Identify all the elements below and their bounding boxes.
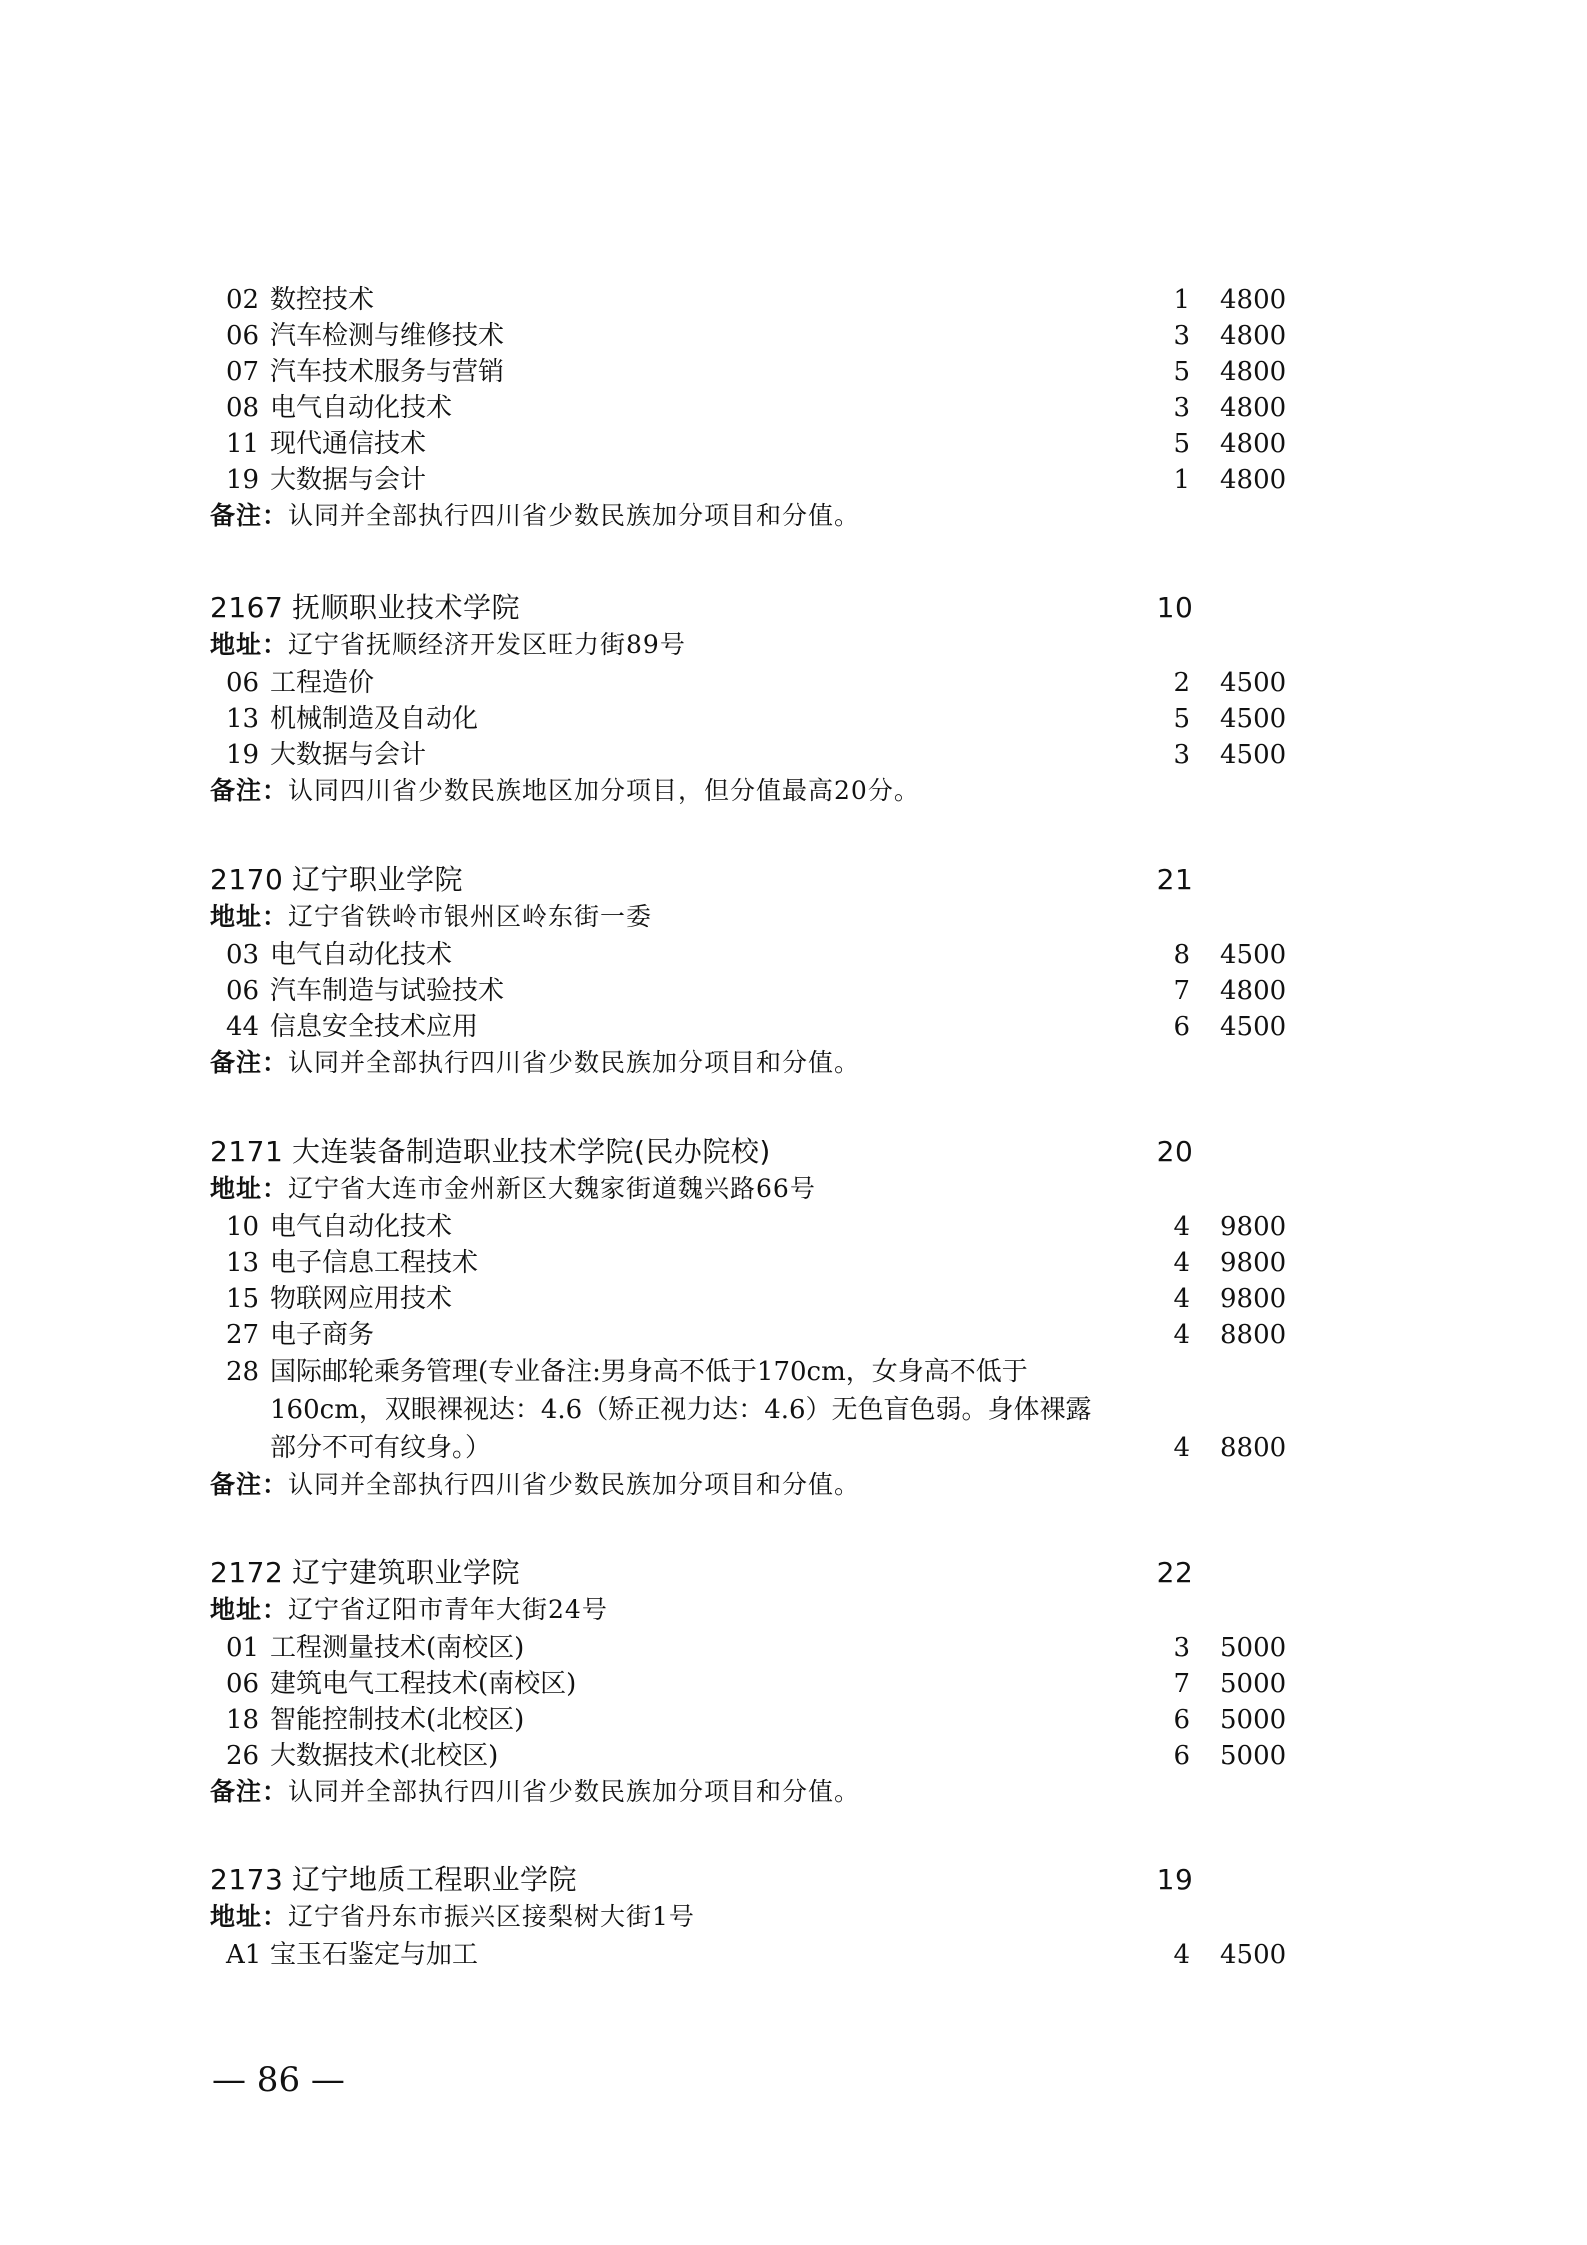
school-quota: 20 (1150, 1132, 1200, 1172)
school-address: 地址：辽宁省铁岭市银州区岭东街一委 (210, 899, 652, 935)
note-label: 备注： (210, 1470, 288, 1499)
school-name: 辽宁建筑职业学院 (292, 1553, 520, 1593)
school-note: 备注：认同四川省少数民族地区加分项目，但分值最高20分。 (210, 773, 920, 809)
major-code: 06 (226, 973, 259, 1009)
address-text: 辽宁省辽阳市青年大街24号 (288, 1595, 608, 1624)
school-name: 大连装备制造职业技术学院(民办院校) (292, 1132, 771, 1172)
major-count: 3 (1150, 390, 1190, 426)
major-fee: 4800 (1220, 973, 1282, 1009)
school-address: 地址：辽宁省抚顺经济开发区旺力街89号 (210, 627, 686, 663)
major-name: 建筑电气工程技术(南校区) (270, 1666, 576, 1702)
major-name: 智能控制技术(北校区) (270, 1702, 524, 1738)
school-code: 2172 (210, 1553, 283, 1593)
major-name: 现代通信技术 (270, 426, 426, 462)
major-fee: 5000 (1220, 1630, 1282, 1666)
major-code: 28 (226, 1353, 259, 1391)
school-name: 辽宁地质工程职业学院 (292, 1860, 577, 1900)
major-code: 03 (226, 937, 259, 973)
major-count: 3 (1150, 1630, 1190, 1666)
major-count: 5 (1150, 426, 1190, 462)
note-text: 认同并全部执行四川省少数民族加分项目和分值。 (288, 1470, 860, 1499)
major-name: 数控技术 (270, 282, 374, 318)
major-count: 4 (1150, 1937, 1190, 1973)
school-quota: 22 (1150, 1553, 1200, 1593)
major-row: 10 电气自动化技术 4 9800 (0, 1209, 1587, 1245)
note-label: 备注： (210, 1048, 288, 1077)
major-row: 15 物联网应用技术 4 9800 (0, 1281, 1587, 1317)
major-name: 电子信息工程技术 (270, 1245, 478, 1281)
major-count: 5 (1150, 701, 1190, 737)
major-code: 06 (226, 1666, 259, 1702)
major-fee: 4800 (1220, 282, 1282, 318)
major-fee: 5000 (1220, 1666, 1282, 1702)
major-code: 10 (226, 1209, 259, 1245)
major-count: 5 (1150, 354, 1190, 390)
major-code: 06 (226, 665, 259, 701)
major-name: 电气自动化技术 (270, 937, 452, 973)
major-row: 27 电子商务 4 8800 (0, 1317, 1587, 1353)
major-code: 02 (226, 282, 259, 318)
major-code: 15 (226, 1281, 259, 1317)
major-fee: 4500 (1220, 665, 1282, 701)
school-quota: 19 (1150, 1860, 1200, 1900)
major-name: 工程造价 (270, 665, 374, 701)
major-fee: 4800 (1220, 390, 1282, 426)
major-fee: 4500 (1220, 1009, 1282, 1045)
major-code: 44 (226, 1009, 259, 1045)
school-address: 地址：辽宁省大连市金州新区大魏家街道魏兴路66号 (210, 1171, 816, 1207)
major-count: 7 (1150, 973, 1190, 1009)
major-code: 18 (226, 1702, 259, 1738)
school-quota: 10 (1150, 588, 1200, 628)
major-fee: 4500 (1220, 1937, 1282, 1973)
major-fee: 4500 (1220, 701, 1282, 737)
address-label: 地址： (210, 630, 288, 659)
major-count: 6 (1150, 1738, 1190, 1774)
major-count: 3 (1150, 737, 1190, 773)
major-count: 4 (1150, 1245, 1190, 1281)
major-row: 03 电气自动化技术 8 4500 (0, 937, 1587, 973)
school-heading: 2172 辽宁建筑职业学院 22 (0, 1553, 1587, 1593)
major-name: 电气自动化技术 (270, 390, 452, 426)
address-text: 辽宁省大连市金州新区大魏家街道魏兴路66号 (288, 1174, 816, 1203)
major-row: 11 现代通信技术 5 4800 (0, 426, 1587, 462)
school-code: 2167 (210, 588, 283, 628)
major-fee: 9800 (1220, 1209, 1282, 1245)
major-name: 电子商务 (270, 1317, 374, 1353)
major-row: 18 智能控制技术(北校区) 6 5000 (0, 1702, 1587, 1738)
page-number: — 86 — (212, 2060, 345, 2100)
school-code: 2170 (210, 860, 283, 900)
major-fee: 4800 (1220, 354, 1282, 390)
major-code: 13 (226, 1245, 259, 1281)
note-label: 备注： (210, 501, 288, 530)
school-note: 备注：认同并全部执行四川省少数民族加分项目和分值。 (210, 1774, 860, 1810)
major-name: 电气自动化技术 (270, 1209, 452, 1245)
major-count: 1 (1150, 462, 1190, 498)
school-address: 地址：辽宁省辽阳市青年大街24号 (210, 1592, 608, 1628)
note-text: 认同并全部执行四川省少数民族加分项目和分值。 (288, 1777, 860, 1806)
major-row: 01 工程测量技术(南校区) 3 5000 (0, 1630, 1587, 1666)
note-text: 认同并全部执行四川省少数民族加分项目和分值。 (288, 1048, 860, 1077)
major-fee: 5000 (1220, 1738, 1282, 1774)
major-row: 08 电气自动化技术 3 4800 (0, 390, 1587, 426)
major-count: 7 (1150, 1666, 1190, 1702)
major-code: A1 (226, 1937, 261, 1973)
school-address: 地址：辽宁省丹东市振兴区接梨树大街1号 (210, 1899, 695, 1935)
major-count: 4 (1150, 1429, 1190, 1467)
major-code: 07 (226, 354, 259, 390)
school-code: 2171 (210, 1132, 283, 1172)
school-heading: 2171 大连装备制造职业技术学院(民办院校) 20 (0, 1132, 1587, 1172)
note-label: 备注： (210, 776, 288, 805)
address-text: 辽宁省铁岭市银州区岭东街一委 (288, 902, 652, 931)
major-fee: 4500 (1220, 937, 1282, 973)
major-count: 8 (1150, 937, 1190, 973)
major-count: 3 (1150, 318, 1190, 354)
major-code: 13 (226, 701, 259, 737)
address-text: 辽宁省丹东市振兴区接梨树大街1号 (288, 1902, 695, 1931)
school-code: 2173 (210, 1860, 283, 1900)
major-fee: 9800 (1220, 1281, 1282, 1317)
note-label: 备注： (210, 1777, 288, 1806)
major-code: 19 (226, 737, 259, 773)
major-row: 13 电子信息工程技术 4 9800 (0, 1245, 1587, 1281)
major-name: 宝玉石鉴定与加工 (270, 1937, 478, 1973)
major-code: 01 (226, 1630, 259, 1666)
major-fee: 4800 (1220, 426, 1282, 462)
major-name: 大数据技术(北校区) (270, 1738, 498, 1774)
major-name: 汽车检测与维修技术 (270, 318, 504, 354)
major-row: A1 宝玉石鉴定与加工 4 4500 (0, 1937, 1587, 1973)
school-heading: 2167 抚顺职业技术学院 10 (0, 588, 1587, 628)
school-heading: 2170 辽宁职业学院 21 (0, 860, 1587, 900)
note-text: 认同四川省少数民族地区加分项目，但分值最高20分。 (288, 776, 920, 805)
address-text: 辽宁省抚顺经济开发区旺力街89号 (288, 630, 686, 659)
major-count: 4 (1150, 1281, 1190, 1317)
major-row: 07 汽车技术服务与营销 5 4800 (0, 354, 1587, 390)
school-heading: 2173 辽宁地质工程职业学院 19 (0, 1860, 1587, 1900)
major-row: 19 大数据与会计 3 4500 (0, 737, 1587, 773)
major-name: 汽车技术服务与营销 (270, 354, 504, 390)
major-fee: 4800 (1220, 462, 1282, 498)
major-name: 国际邮轮乘务管理(专业备注:男身高不低于170cm，女身高不低于160cm，双眼… (270, 1353, 1110, 1467)
major-name: 大数据与会计 (270, 462, 426, 498)
major-count: 4 (1150, 1317, 1190, 1353)
major-name: 工程测量技术(南校区) (270, 1630, 524, 1666)
major-row: 19 大数据与会计 1 4800 (0, 462, 1587, 498)
major-count: 6 (1150, 1702, 1190, 1738)
major-row: 06 建筑电气工程技术(南校区) 7 5000 (0, 1666, 1587, 1702)
school-name: 辽宁职业学院 (292, 860, 463, 900)
major-name: 机械制造及自动化 (270, 701, 478, 737)
major-name: 汽车制造与试验技术 (270, 973, 504, 1009)
major-code: 26 (226, 1738, 259, 1774)
school-note: 备注：认同并全部执行四川省少数民族加分项目和分值。 (210, 1467, 860, 1503)
document-page: 02 数控技术 1 4800 06 汽车检测与维修技术 3 4800 07 汽车… (0, 0, 1587, 2245)
school-note: 备注：认同并全部执行四川省少数民族加分项目和分值。 (210, 1045, 860, 1081)
major-fee: 5000 (1220, 1702, 1282, 1738)
major-name: 物联网应用技术 (270, 1281, 452, 1317)
address-label: 地址： (210, 1902, 288, 1931)
major-row: 06 汽车检测与维修技术 3 4800 (0, 318, 1587, 354)
address-label: 地址： (210, 902, 288, 931)
address-label: 地址： (210, 1174, 288, 1203)
note-text: 认同并全部执行四川省少数民族加分项目和分值。 (288, 501, 860, 530)
school-name: 抚顺职业技术学院 (292, 588, 520, 628)
major-row: 06 工程造价 2 4500 (0, 665, 1587, 701)
major-fee: 4500 (1220, 737, 1282, 773)
major-row: 26 大数据技术(北校区) 6 5000 (0, 1738, 1587, 1774)
address-label: 地址： (210, 1595, 288, 1624)
major-code: 27 (226, 1317, 259, 1353)
major-count: 1 (1150, 282, 1190, 318)
major-row: 44 信息安全技术应用 6 4500 (0, 1009, 1587, 1045)
major-count: 6 (1150, 1009, 1190, 1045)
major-count: 4 (1150, 1209, 1190, 1245)
major-row: 06 汽车制造与试验技术 7 4800 (0, 973, 1587, 1009)
major-row: 13 机械制造及自动化 5 4500 (0, 701, 1587, 737)
major-row: 28 国际邮轮乘务管理(专业备注:男身高不低于170cm，女身高不低于160cm… (0, 1353, 1587, 1467)
major-fee: 4800 (1220, 318, 1282, 354)
major-code: 06 (226, 318, 259, 354)
school-note: 备注：认同并全部执行四川省少数民族加分项目和分值。 (210, 498, 860, 534)
major-row: 02 数控技术 1 4800 (0, 282, 1587, 318)
major-code: 08 (226, 390, 259, 426)
major-name: 信息安全技术应用 (270, 1009, 478, 1045)
major-fee: 9800 (1220, 1245, 1282, 1281)
major-code: 11 (226, 426, 259, 462)
major-fee: 8800 (1220, 1429, 1282, 1467)
major-fee: 8800 (1220, 1317, 1282, 1353)
major-name: 大数据与会计 (270, 737, 426, 773)
school-quota: 21 (1150, 860, 1200, 900)
major-code: 19 (226, 462, 259, 498)
major-count: 2 (1150, 665, 1190, 701)
